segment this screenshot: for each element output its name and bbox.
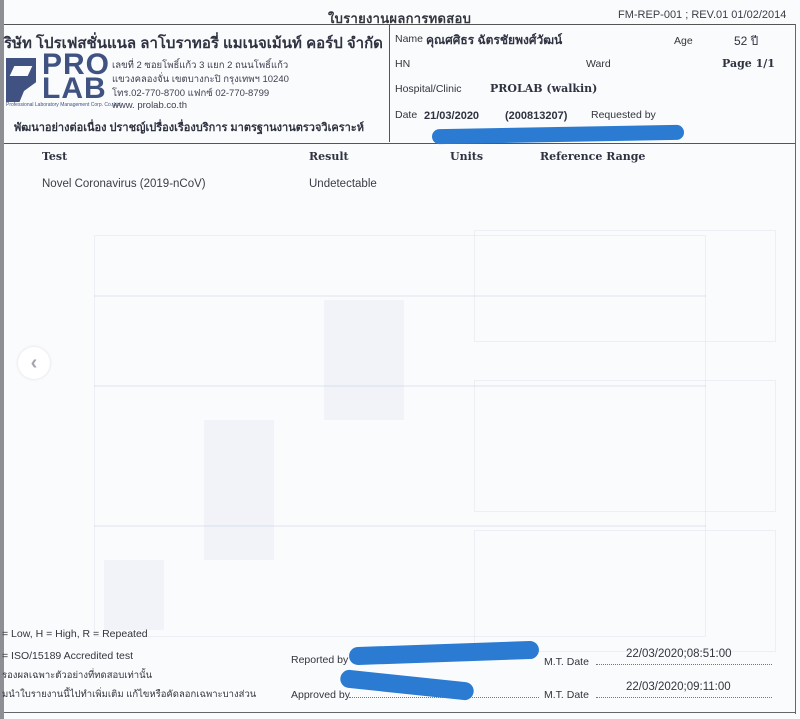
requested-by-label: Requested by xyxy=(591,109,656,121)
column-header-test: Test xyxy=(42,150,67,163)
result-value: Undetectable xyxy=(309,178,377,190)
name-label: Name xyxy=(395,33,423,45)
website-line: www. prolab.co.th xyxy=(112,100,187,111)
show-through-shade xyxy=(204,420,274,560)
flag-legend: = Low, H = High, R = Repeated xyxy=(2,628,148,640)
hospital-value: PROLAB (walkin) xyxy=(490,82,597,95)
result-test-name: Novel Coronavirus (2019-nCoV) xyxy=(42,178,206,190)
reported-by-label: Reported by xyxy=(291,654,348,666)
logo-mark-icon xyxy=(6,58,36,102)
column-header-result: Result xyxy=(309,150,349,163)
hn-label: HN xyxy=(395,58,410,70)
previous-image-button[interactable]: ‹ xyxy=(18,347,50,379)
ward-label: Ward xyxy=(586,58,611,70)
show-through-grid xyxy=(474,230,776,342)
age-label: Age xyxy=(674,35,693,47)
show-through-grid xyxy=(474,380,776,512)
redaction-reported-by xyxy=(349,641,540,666)
logo-subtext: Professional Laboratory Management Corp.… xyxy=(6,102,122,108)
chevron-left-icon: ‹ xyxy=(31,353,38,373)
date-label: Date xyxy=(395,109,417,121)
logo-text-lab: LAB xyxy=(42,76,107,102)
page-bottom-border xyxy=(4,712,796,713)
lab-number: (200813207) xyxy=(505,110,567,122)
approved-datetime: 22/03/2020;09:11:00 xyxy=(626,681,731,693)
column-header-units: Units xyxy=(450,150,483,163)
approved-by-label: Approved by xyxy=(291,689,350,701)
mt-date-label-reported: M.T. Date xyxy=(544,656,589,668)
hospital-label: Hospital/Clinic xyxy=(395,83,462,95)
disclaimer-line-2: มนำใบรายงานนี้ไปทำเพิ่มเติม แก้ไขหรือคัด… xyxy=(2,687,256,702)
lab-report-page: ใบรายงานผลการทดสอบ FM-REP-001 ; REV.01 0… xyxy=(4,0,800,719)
address-line: แขวงคลองจั่น เขตบางกะปิ กรุงเทพฯ 10240 xyxy=(112,72,289,87)
iso-legend: = ISO/15189 Accredited test xyxy=(2,650,133,662)
page-number: Page 1/1 xyxy=(722,57,775,70)
patient-age: 52 ปี xyxy=(734,32,758,51)
phone-fax-line: โทร.02-770-8700 แฟกซ์ 02-770-8799 xyxy=(112,86,269,101)
signature-line xyxy=(596,664,772,665)
report-date: 21/03/2020 xyxy=(424,110,479,122)
show-through-shade xyxy=(104,560,164,630)
reported-datetime: 22/03/2020;08:51:00 xyxy=(626,648,732,660)
disclaimer-line-1: รองผลเฉพาะตัวอย่างที่ทดสอบเท่านั้น xyxy=(2,668,152,683)
address-line: เลขที่ 2 ซอยโพธิ์แก้ว 3 แยก 2 ถนนโพธิ์แก… xyxy=(112,58,288,73)
header-divider xyxy=(389,24,390,142)
signature-line xyxy=(596,697,772,698)
prolab-logo: PRO LAB Professional Laboratory Manageme… xyxy=(6,52,102,110)
patient-name: คุณศศิธร ฉัตรชัยพงศ์วัฒน์ xyxy=(426,31,562,50)
show-through-shade xyxy=(324,300,404,420)
page-right-border xyxy=(795,24,796,714)
form-code: FM-REP-001 ; REV.01 01/02/2014 xyxy=(618,9,786,21)
column-header-reference-range: Reference Range xyxy=(540,150,645,163)
company-slogan: พัฒนาอย่างต่อเนื่อง ปราชญ์เปรื่องเรื่องบ… xyxy=(14,118,364,136)
mt-date-label-approved: M.T. Date xyxy=(544,689,589,701)
show-through-grid xyxy=(474,530,776,652)
